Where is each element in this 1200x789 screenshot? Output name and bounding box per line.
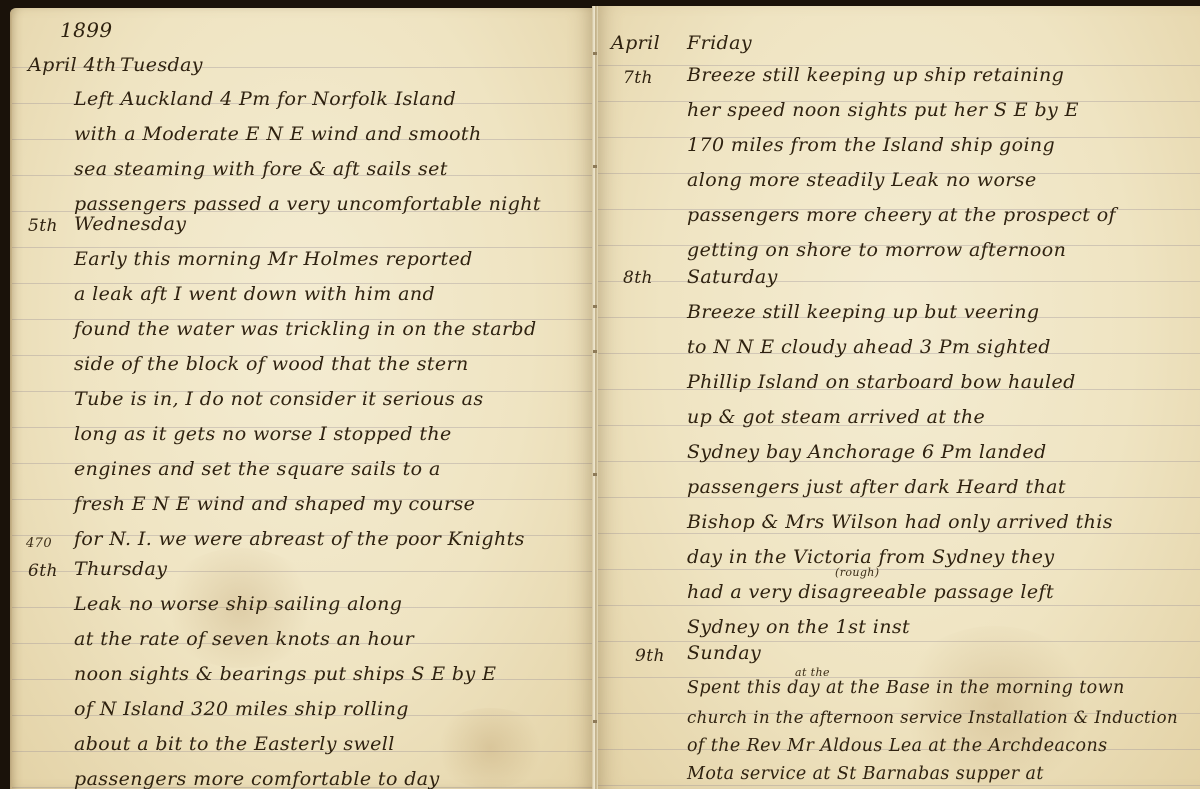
entry-line: Left Auckland 4 Pm for Norfolk Island xyxy=(74,88,456,110)
entry-line: 170 miles from the Island ship going xyxy=(687,134,1055,156)
entry-line: Early this morning Mr Holmes reported xyxy=(74,248,473,270)
entry-line: getting on shore to morrow afternoon xyxy=(687,239,1066,261)
entry-line: to N N E cloudy ahead 3 Pm sighted xyxy=(687,336,1051,358)
entry-line: Leak no worse ship sailing along xyxy=(74,593,402,615)
entry-line: passengers passed a very uncomfortable n… xyxy=(74,193,541,215)
inserted-correction: (rough) xyxy=(835,566,879,579)
entry-line: fresh E N E wind and shaped my course xyxy=(74,493,475,515)
entry-line: day in the Victoria from Sydney they xyxy=(687,546,1055,568)
entry-line: Sydney bay Anchorage 6 Pm landed xyxy=(687,441,1047,463)
entry-day: Saturday xyxy=(687,266,778,288)
entry-line: along more steadily Leak no worse xyxy=(687,169,1037,191)
entry-line: Breeze still keeping up but veering xyxy=(687,301,1039,323)
entry-line: side of the block of wood that the stern xyxy=(74,353,469,375)
entry-line: Tube is in, I do not consider it serious… xyxy=(74,388,483,410)
binding-stitch xyxy=(593,52,597,55)
entry-day: Sunday xyxy=(687,642,761,664)
entry-line: sea steaming with fore & aft sails set xyxy=(74,158,448,180)
entry-line: of the Rev Mr Aldous Lea at the Archdeac… xyxy=(687,736,1108,756)
entry-date: 6th xyxy=(28,561,58,581)
entry-line: had a very disagreeable passage left xyxy=(687,581,1054,603)
entry-line: noon sights & bearings put ships S E by … xyxy=(74,663,496,685)
entry-day: Thursday xyxy=(74,558,167,580)
margin-note: 470 xyxy=(26,536,52,551)
entry-line: Mota service at St Barnabas supper at xyxy=(687,764,1044,784)
entry-date: 9th xyxy=(635,646,665,666)
entry-line: found the water was trickling in on the … xyxy=(74,318,537,340)
left-page: 1899 April 4th Tuesday Left Auckland 4 P… xyxy=(10,8,595,789)
entry-day: Wednesday xyxy=(74,213,186,235)
entry-line: passengers more cheery at the prospect o… xyxy=(687,204,1116,226)
entry-line: Spent this day at the Base in the mornin… xyxy=(687,678,1125,698)
binding-stitch xyxy=(593,305,597,308)
entry-line: up & got steam arrived at the xyxy=(687,406,985,428)
entry-line: a leak aft I went down with him and xyxy=(74,283,435,305)
entry-line: of N Island 320 miles ship rolling xyxy=(74,698,409,720)
entry-line: passengers more comfortable to day xyxy=(74,768,440,789)
entry-line: Breeze still keeping up ship retaining xyxy=(687,64,1064,86)
entry-day: Tuesday xyxy=(120,54,203,76)
entry-line: Sydney on the 1st inst xyxy=(687,616,910,638)
entry-date: 7th xyxy=(623,68,653,88)
entry-line: at the rate of seven knots an hour xyxy=(74,628,414,650)
entry-line: for N. I. we were abreast of the poor Kn… xyxy=(74,528,525,550)
entry-date: 5th xyxy=(28,216,58,236)
entry-line: engines and set the square sails to a xyxy=(74,458,441,480)
book-spine xyxy=(592,6,598,789)
diary-spread: 1899 April 4th Tuesday Left Auckland 4 P… xyxy=(0,0,1200,789)
entry-date: 8th xyxy=(623,268,653,288)
entry-line: church in the afternoon service Installa… xyxy=(687,708,1178,727)
entry-line: her speed noon sights put her S E by E xyxy=(687,99,1079,121)
entry-line: Phillip Island on starboard bow hauled xyxy=(687,371,1076,393)
entry-line: with a Moderate E N E wind and smooth xyxy=(74,123,482,145)
right-page: April Friday 7th Breeze still keeping up… xyxy=(595,6,1200,789)
entry-day: Friday xyxy=(687,32,752,54)
entry-date: April 4th xyxy=(28,54,117,76)
binding-stitch xyxy=(593,165,597,168)
binding-stitch xyxy=(593,720,597,723)
entry-line: about a bit to the Easterly swell xyxy=(74,733,395,755)
year-heading: 1899 xyxy=(60,18,113,42)
entry-month: April xyxy=(611,32,660,54)
entry-line: passengers just after dark Heard that xyxy=(687,476,1066,498)
entry-line: long as it gets no worse I stopped the xyxy=(74,423,452,445)
binding-stitch xyxy=(593,473,597,476)
binding-stitch xyxy=(593,350,597,353)
entry-line: Bishop & Mrs Wilson had only arrived thi… xyxy=(687,511,1113,533)
